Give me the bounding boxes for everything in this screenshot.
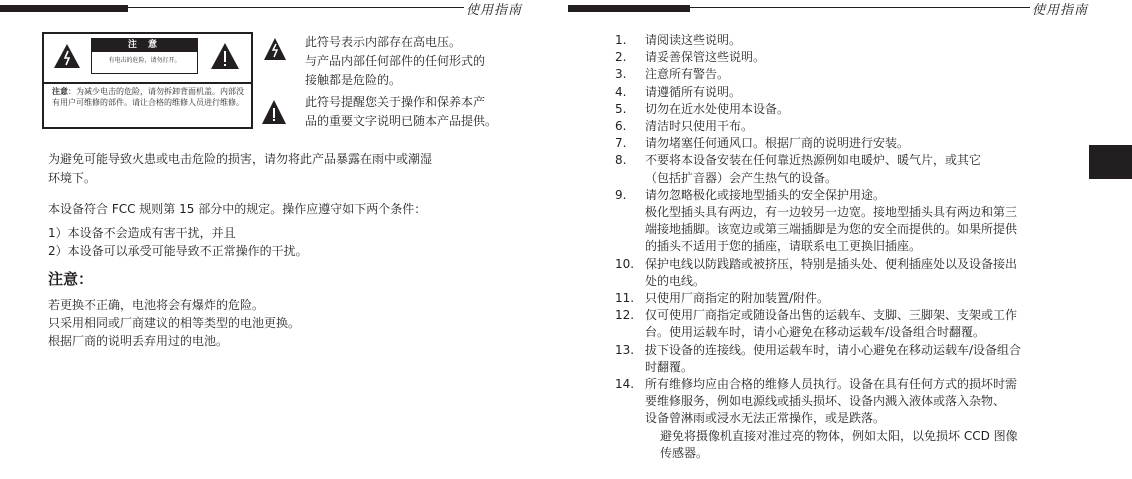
warning-label-box: 注 意 有电击的危险，请勿打开。 注意：为减少电击的危险，请勿拆卸背面机盖。内部…: [42, 32, 253, 129]
item-line: 不要将本设备安装在任何靠近热源例如电暖炉、暖气片，或其它: [645, 152, 1085, 169]
item-text: 请勿忽略极化或接地型插头的安全保护用途。极化型插头具有两边，有一边较另一边宽。接…: [645, 187, 1085, 256]
header-title: 使用指南: [466, 0, 522, 18]
warning-label-top: 注 意 有电击的危险，请勿打开。: [44, 34, 251, 84]
battery-warning: 若更换不正确，电池将会有爆炸的危险。 只采用相同或厂商建议的相等类型的电池更换。…: [48, 296, 518, 350]
list-item: 12.仅可使用厂商指定或随设备出售的运载车、支脚、三脚架、支架或工作台。使用运载…: [615, 307, 1085, 341]
battery-line: 只采用相同或厂商建议的相等类型的电池更换。: [48, 314, 518, 332]
warning-label-text: 注意：为减少电击的危险，请勿拆卸背面机盖。内部没有用户可维修的部件。请让合格的维…: [52, 86, 248, 108]
item-line: 仅可使用厂商指定或随设备出售的运载车、支脚、三脚架、支架或工作: [645, 307, 1085, 324]
header-title: 使用指南: [1032, 0, 1088, 18]
item-number: 3.: [615, 66, 645, 83]
symbol-line: 此符号提醒您关于操作和保养本产: [305, 93, 535, 112]
fcc-condition: 2）本设备可以承受可能导致不正常操作的干扰。: [48, 242, 518, 260]
exclamation-warning-icon: [262, 100, 286, 124]
item-text: 只使用厂商指定的附加装置/附件。: [645, 290, 1085, 307]
item-number: 4.: [615, 84, 645, 101]
header-rule: [690, 7, 1030, 8]
item-text: 请妥善保管这些说明。: [645, 49, 1085, 66]
item-number: 12.: [615, 307, 645, 341]
item-text: 所有维修均应由合格的维修人员执行。设备在具有任何方式的损坏时需要维修服务，例如电…: [645, 376, 1085, 462]
item-text: 请阅读这些说明。: [645, 32, 1085, 49]
symbol-line: 与产品内部任何部件的任何形式的: [305, 52, 535, 71]
item-text: 清洁时只使用干布。: [645, 118, 1085, 135]
symbol-line: 此符号表示内部存在高电压。: [305, 33, 535, 52]
list-item: 14.所有维修均应由合格的维修人员执行。设备在具有任何方式的损坏时需要维修服务，…: [615, 376, 1085, 462]
item-number: 6.: [615, 118, 645, 135]
ccd-note: 避免将摄像机直接对准过亮的物体，例如太阳，以免损坏 CCD 图像: [645, 428, 1085, 445]
item-text: 保护电线以防践踏或被挤压，特别是插头处、便利插座处以及设备接出处的电线。: [645, 256, 1085, 290]
list-item: 6.清洁时只使用干布。: [615, 118, 1085, 135]
list-item: 7.请勿堵塞任何通风口。根据厂商的说明进行安装。: [615, 135, 1085, 152]
item-line: （包括扩音器）会产生热气的设备。: [645, 170, 1085, 187]
high-voltage-symbol-text: 此符号表示内部存在高电压。 与产品内部任何部件的任何形式的 接触都是危险的。: [305, 33, 535, 90]
paragraph-line: 环境下。: [48, 169, 518, 188]
item-line: 保护电线以防践踏或被挤压，特别是插头处、便利插座处以及设备接出: [645, 256, 1085, 273]
item-number: 5.: [615, 101, 645, 118]
ccd-note: 传感器。: [645, 445, 1085, 462]
item-line: 拔下设备的连接线。使用运载车时，请小心避免在移动运载车/设备组合: [645, 342, 1085, 359]
item-line: 台。使用运载车时，请小心避免在移动运载车/设备组合时翻覆。: [645, 324, 1085, 341]
item-number: 10.: [615, 256, 645, 290]
item-text: 仅可使用厂商指定或随设备出售的运载车、支脚、三脚架、支架或工作台。使用运载车时，…: [645, 307, 1085, 341]
safety-instructions-list: 1.请阅读这些说明。 2.请妥善保管这些说明。 3.注意所有警告。 4.请遵循所…: [615, 32, 1085, 462]
item-number: 14.: [615, 376, 645, 462]
rain-warning-paragraph: 为避免可能导致火患或电击危险的损害，请勿将此产品暴露在雨中或潮湿 环境下。: [48, 150, 518, 188]
list-item: 8.不要将本设备安装在任何靠近热源例如电暖炉、暖气片，或其它（包括扩音器）会产生…: [615, 152, 1085, 186]
item-number: 2.: [615, 49, 645, 66]
warning-label-body: ：为减少电击的危险，请勿拆卸背面机盖。内部没有用户可维修的部件。请让合格的维修人…: [52, 87, 244, 107]
section-tab-marker: [1089, 145, 1132, 179]
item-line: 的插头不适用于您的插座，请联系电工更换旧插座。: [645, 238, 1085, 255]
fcc-conditions: 1）本设备不会造成有害干扰，并且 2）本设备可以承受可能导致不正常操作的干扰。: [48, 224, 518, 260]
item-number: 1.: [615, 32, 645, 49]
warning-label-bold: 注意: [52, 87, 68, 96]
caution-label: 注 意 有电击的危险，请勿打开。: [91, 38, 198, 74]
item-text: 拔下设备的连接线。使用运载车时，请小心避免在移动运载车/设备组合时翻覆。: [645, 342, 1085, 376]
lightning-warning-icon: [264, 38, 286, 60]
list-item: 2.请妥善保管这些说明。: [615, 49, 1085, 66]
battery-line: 根据厂商的说明丢弃用过的电池。: [48, 332, 518, 350]
list-item: 4.请遵循所有说明。: [615, 84, 1085, 101]
item-number: 11.: [615, 290, 645, 307]
battery-line: 若更换不正确，电池将会有爆炸的危险。: [48, 296, 518, 314]
item-line: 要维修服务，例如电源线或插头损坏、设备内溅入液体或落入杂物、: [645, 393, 1085, 410]
exclamation-warning-icon: [211, 43, 239, 69]
item-text: 请勿堵塞任何通风口。根据厂商的说明进行安装。: [645, 135, 1085, 152]
symbol-line: 品的重要文字说明已随本产品提供。: [305, 112, 535, 131]
list-item: 9.请勿忽略极化或接地型插头的安全保护用途。极化型插头具有两边，有一边较另一边宽…: [615, 187, 1085, 256]
item-line: 请勿忽略极化或接地型插头的安全保护用途。: [645, 187, 1085, 204]
item-number: 8.: [615, 152, 645, 186]
symbol-line: 接触都是危险的。: [305, 71, 535, 90]
item-line: 端接地插脚。该宽边或第三端插脚是为您的安全而提供的。如果所提供: [645, 221, 1085, 238]
caution-heading: 注意：: [48, 268, 93, 289]
list-item: 3.注意所有警告。: [615, 66, 1085, 83]
left-page: 使用指南 注 意 有电击的危险，请勿打开。 注意：为减少电击的危险，请勿拆卸背面…: [0, 0, 566, 479]
list-item: 10.保护电线以防践踏或被挤压，特别是插头处、便利插座处以及设备接出处的电线。: [615, 256, 1085, 290]
fcc-intro: 本设备符合 FCC 规则第 15 部分中的规定。操作应遵守如下两个条件：: [48, 200, 518, 219]
list-item: 5.切勿在近水处使用本设备。: [615, 101, 1085, 118]
paragraph-line: 为避免可能导致火患或电击危险的损害，请勿将此产品暴露在雨中或潮湿: [48, 150, 518, 169]
item-text: 请遵循所有说明。: [645, 84, 1085, 101]
item-number: 7.: [615, 135, 645, 152]
item-text: 切勿在近水处使用本设备。: [645, 101, 1085, 118]
lightning-warning-icon: [54, 44, 80, 68]
header-bar: [568, 5, 690, 12]
header-rule: [128, 7, 464, 8]
header-bar: [0, 5, 128, 12]
item-line: 处的电线。: [645, 273, 1085, 290]
item-text: 不要将本设备安装在任何靠近热源例如电暖炉、暖气片，或其它（包括扩音器）会产生热气…: [645, 152, 1085, 186]
item-line: 设备曾淋雨或浸水无法正常操作，或是跌落。: [645, 410, 1085, 427]
list-item: 11.只使用厂商指定的附加装置/附件。: [615, 290, 1085, 307]
important-instructions-symbol-text: 此符号提醒您关于操作和保养本产 品的重要文字说明已随本产品提供。: [305, 93, 535, 131]
list-item: 1.请阅读这些说明。: [615, 32, 1085, 49]
item-line: 极化型插头具有两边，有一边较另一边宽。接地型插头具有两边和第三: [645, 204, 1085, 221]
item-number: 9.: [615, 187, 645, 256]
item-number: 13.: [615, 342, 645, 376]
caution-label-subtext: 有电击的危险，请勿打开。: [92, 52, 197, 70]
item-text: 注意所有警告。: [645, 66, 1085, 83]
item-line: 所有维修均应由合格的维修人员执行。设备在具有任何方式的损坏时需: [645, 376, 1085, 393]
list-item: 13.拔下设备的连接线。使用运载车时，请小心避免在移动运载车/设备组合时翻覆。: [615, 342, 1085, 376]
caution-label-heading: 注 意: [92, 39, 197, 52]
item-line: 时翻覆。: [645, 359, 1085, 376]
fcc-condition: 1）本设备不会造成有害干扰，并且: [48, 224, 518, 242]
